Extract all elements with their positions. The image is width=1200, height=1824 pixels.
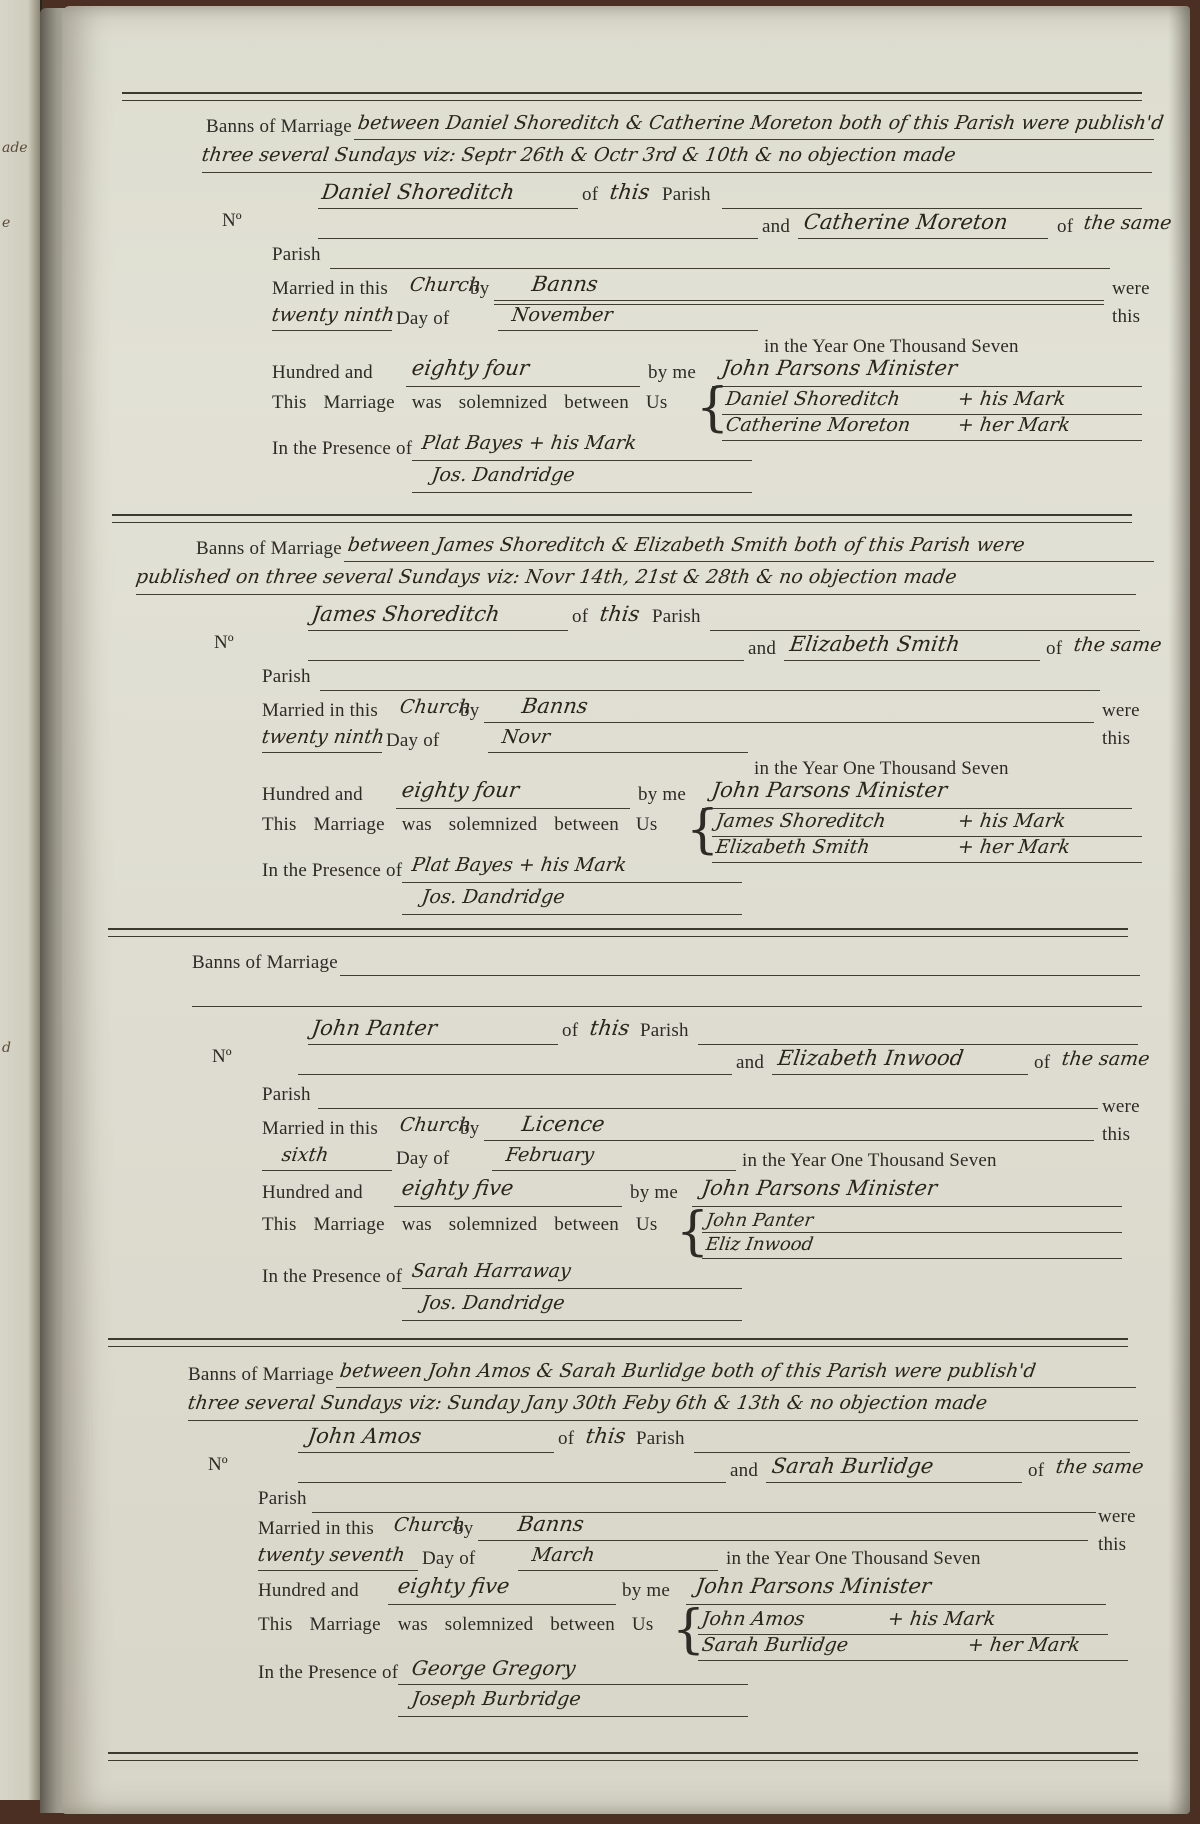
bride-name: Elizabeth Smith [788, 632, 961, 656]
marriage-month: November [510, 304, 614, 326]
banns-text-line1: between James Shoreditch & Elizabeth Smi… [346, 534, 1026, 556]
bride-signature: Sarah Burlidge [700, 1634, 849, 1656]
margin-scribble: e [2, 215, 10, 231]
groom-signature: Daniel Shoreditch [724, 388, 901, 410]
groom-signature: John Amos [700, 1608, 806, 1630]
bride-mark: + her Mark [956, 414, 1071, 436]
witness-1: Sarah Harraway [410, 1260, 572, 1282]
bride-name: Catherine Moreton [802, 210, 1009, 234]
witness-2: Jos. Dandridge [420, 1292, 566, 1314]
marriage-year: eighty four [400, 778, 520, 802]
marriage-day: twenty seventh [256, 1544, 406, 1566]
groom-name: John Panter [310, 1016, 438, 1040]
banns-text-line2: published on three several Sundays viz: … [134, 566, 958, 588]
marriage-method: Banns [520, 694, 589, 718]
entry-number-label: Nº [208, 1454, 228, 1476]
groom-mark: + his Mark [956, 388, 1067, 410]
banns-text-line2: three several Sundays viz: Septr 26th & … [200, 144, 957, 166]
margin-scribble: ade [2, 140, 28, 156]
marriage-year: eighty five [400, 1176, 515, 1200]
bride-signature: Eliz Inwood [705, 1234, 815, 1255]
marriage-month: February [504, 1144, 595, 1166]
banns-label: Banns of Marriage [192, 952, 338, 974]
entry-divider [122, 92, 1142, 101]
marriage-day: sixth [280, 1144, 330, 1166]
banns-label: Banns of Marriage [188, 1364, 334, 1386]
entry-divider [112, 514, 1132, 523]
marriage-method: Banns [530, 272, 599, 296]
banns-label: Banns of Marriage [196, 538, 342, 560]
marriage-day: twenty ninth [270, 304, 395, 326]
groom-mark: + his Mark [886, 1608, 997, 1630]
minister-name: John Parsons Minister [720, 356, 958, 380]
marriage-year: eighty four [410, 356, 530, 380]
groom-name: James Shoreditch [310, 602, 501, 626]
banns-label: Banns of Marriage [206, 116, 352, 138]
bride-name: Sarah Burlidge [770, 1454, 935, 1478]
witness-2: Jos. Dandridge [430, 464, 576, 486]
banns-text-line1: between Daniel Shoreditch & Catherine Mo… [356, 112, 1165, 134]
bride-signature: Catherine Moreton [724, 414, 911, 436]
marriage-method: Licence [520, 1112, 606, 1136]
marriage-day: twenty ninth [260, 726, 385, 748]
groom-mark: + his Mark [956, 810, 1067, 832]
bride-mark: + her Mark [956, 836, 1071, 858]
left-page-edge: ade e d [0, 0, 42, 1800]
minister-name: John Parsons Minister [710, 778, 948, 802]
groom-name: John Amos [306, 1424, 423, 1448]
marriage-month: Novr [500, 726, 551, 748]
witness-1: Plat Bayes + his Mark [420, 432, 637, 454]
bride-name: Elizabeth Inwood [776, 1046, 965, 1070]
witness-2: Joseph Burbridge [410, 1688, 582, 1710]
entry-number-label: Nº [222, 210, 242, 232]
groom-signature: James Shoreditch [714, 810, 887, 832]
groom-signature: John Panter [705, 1210, 815, 1231]
marriage-year: eighty five [396, 1574, 511, 1598]
margin-scribble: d [2, 1040, 11, 1056]
marriage-method: Banns [516, 1512, 585, 1536]
marriage-month: March [530, 1544, 596, 1566]
register-page: Banns of Marriage between Daniel Shoredi… [62, 6, 1190, 1814]
groom-name: Daniel Shoreditch [320, 180, 516, 204]
signature-brace: { [672, 1604, 705, 1656]
entry-number-label: Nº [212, 1046, 232, 1068]
witness-1: George Gregory [410, 1656, 577, 1680]
entry-divider [108, 1338, 1128, 1347]
bride-mark: + her Mark [966, 1634, 1081, 1656]
page-bottom-divider [108, 1752, 1138, 1761]
entry-divider [108, 928, 1128, 937]
minister-name: John Parsons Minister [694, 1574, 932, 1598]
banns-text-line1: between John Amos & Sarah Burlidge both … [338, 1360, 1037, 1382]
entry-number-label: Nº [214, 632, 234, 654]
bride-signature: Elizabeth Smith [714, 836, 871, 858]
banns-text-line2: three several Sundays viz: Sunday Jany 3… [186, 1392, 988, 1414]
witness-1: Plat Bayes + his Mark [410, 854, 627, 876]
witness-2: Jos. Dandridge [420, 886, 566, 908]
minister-name: John Parsons Minister [700, 1176, 938, 1200]
